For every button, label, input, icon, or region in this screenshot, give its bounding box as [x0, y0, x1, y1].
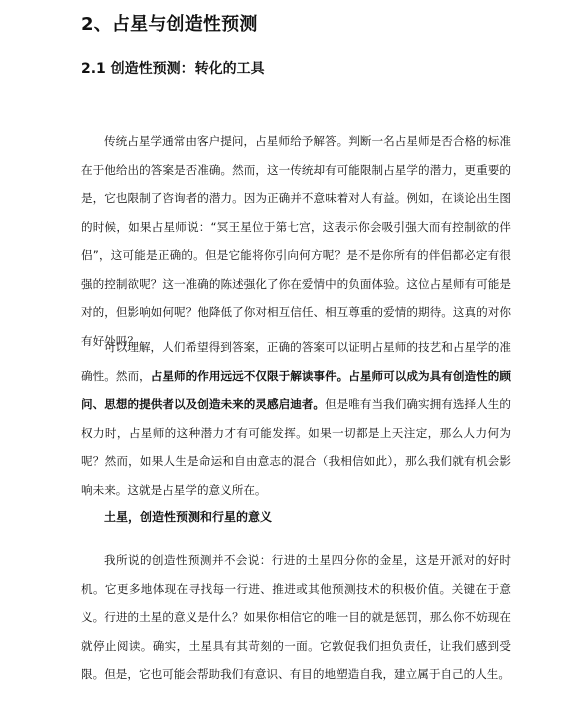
paragraph-role-of-astrologer: 可以理解，人们希望得到答案，正确的答案可以证明占星师的技艺和占星学的准确性。然而… [81, 333, 511, 504]
paragraph-text: 但是唯有当我们确实拥有选择人生的权力时，占星师的这种潜力才有可能发挥。如果一切都… [81, 397, 511, 497]
paragraph-traditional-astrology: 传统占星学通常由客户提问，占星师给予解答。判断一名占星师是否合格的标准在于他给出… [81, 127, 511, 355]
section-heading: 2、占星与创造性预测 [81, 10, 258, 36]
subsection-heading: 2.1 创造性预测：转化的工具 [81, 58, 265, 78]
document-page: 2、占星与创造性预测 2.1 创造性预测：转化的工具 传统占星学通常由客户提问，… [0, 0, 588, 712]
minor-heading: 土星，创造性预测和行星的意义 [104, 508, 272, 525]
paragraph-saturn-meaning: 我所说的创造性预测并不会说：行进的土星四分你的金星，这是开派对的好时机。它更多地… [81, 546, 511, 689]
